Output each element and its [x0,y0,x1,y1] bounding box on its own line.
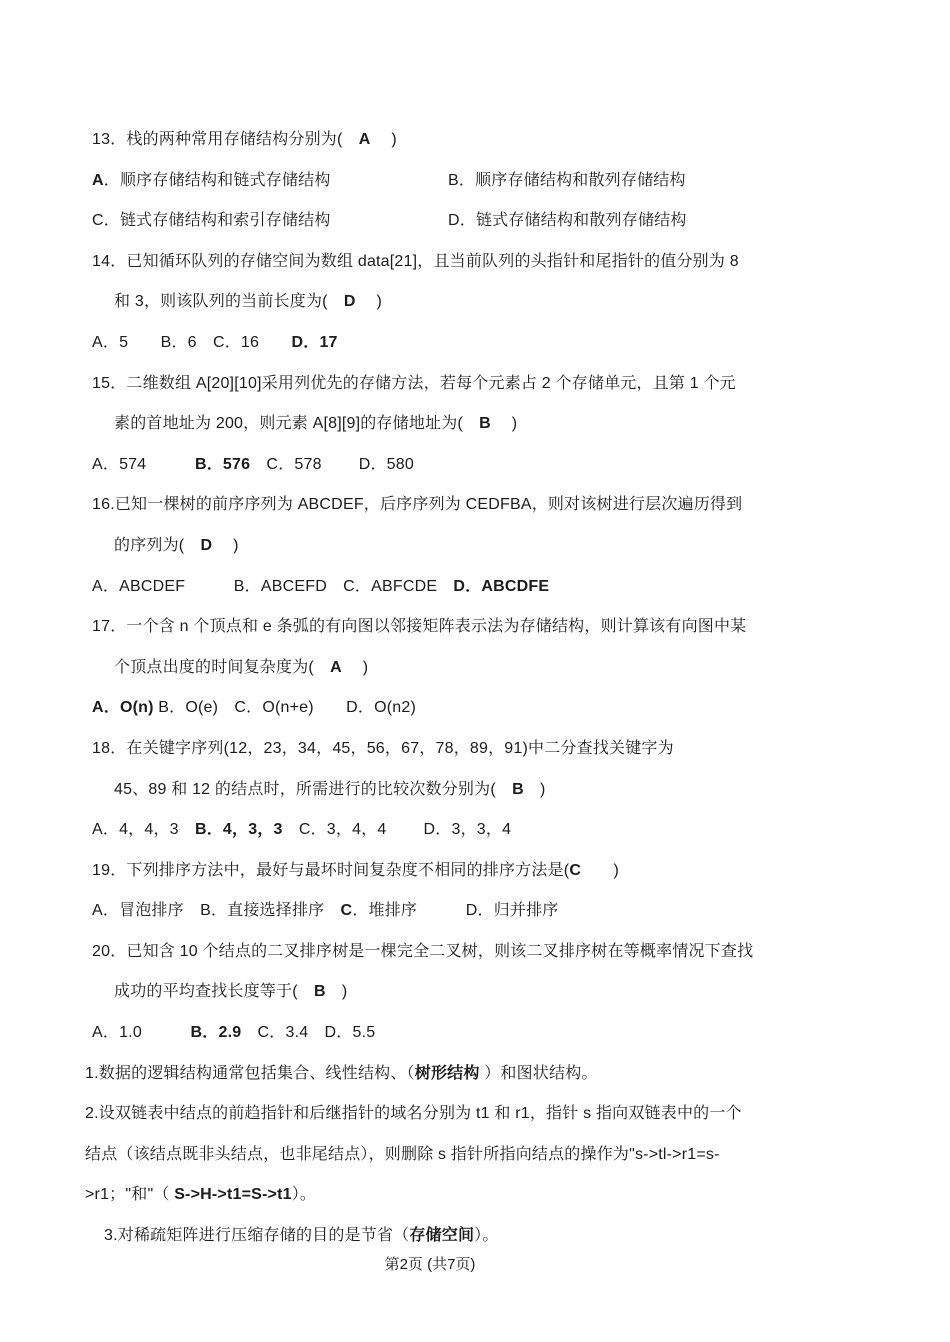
text-run: 15．二维数组 A[20][10]采用列优先的存储方法，若每个元素占 2 个存储… [92,375,736,392]
text-run: A．1.0 [92,1024,191,1041]
q16-stem-2: 的序列为( D ) [92,526,920,567]
fill-2-line2: 结点（该结点既非头结点，也非尾结点），则删除 s 指针所指向结点的操作为"s->… [85,1135,920,1176]
answer-text: C [341,902,353,919]
text-run: 成功的平均查找长度等于( [114,983,314,1000]
option-column-2: D．链式存储结构和散列存储结构 [448,201,687,242]
q14-stem-1: 14．已知循环队列的存储空间为数组 data[21]，且当前队列的头指针和尾指针… [92,242,920,283]
q13-options-cd: C．链式存储结构和索引存储结构D．链式存储结构和散列存储结构 [92,201,920,242]
q17-stem-2: 个顶点出度的时间复杂度为( A ) [92,648,920,689]
q15-stem-2: 素的首地址为 200，则元素 A[8][9]的存储地址为( B ) [92,404,920,445]
q17-stem-1: 17．一个含 n 个顶点和 e 条弧的有向图以邻接矩阵表示法为存储结构，则计算该… [92,607,920,648]
fill-3: 3.对稀疏矩阵进行压缩存储的目的是节省（存储空间）。 [104,1216,920,1257]
q13-options-ab: A．顺序存储结构和链式存储结构B．顺序存储结构和散列存储结构 [92,161,920,202]
text-run: D．链式存储结构和散列存储结构 [448,212,687,229]
text-run: B．O(e) C．O(n+e) D．O(n2) [154,699,416,716]
text-run: ) [356,293,382,310]
text-run: 的序列为( [114,537,201,554]
page-footer: 第2页 (共7页) [0,1252,860,1278]
q20-stem-1: 20．已知含 10 个结点的二叉排序树是一棵完全二叉树，则该二叉排序树在等概率情… [92,932,920,973]
answer-text: B [479,415,491,432]
answer-text: A．O(n) [92,699,154,716]
option-column-2: B．顺序存储结构和散列存储结构 [448,161,686,202]
answer-text: A [92,172,104,189]
text-run: ．堆排序 D．归并排序 [352,902,558,919]
text-run: A．574 [92,456,195,473]
text-run: 14．已知循环队列的存储空间为数组 data[21]，且当前队列的头指针和尾指针… [92,253,739,270]
q16-options: A．ABCDEF B．ABCEFD C．ABFCDE D．ABCDFE [92,567,920,608]
text-run: ）。 [292,1186,316,1203]
text-run: ) [342,659,368,676]
answer-text: A [359,131,371,148]
question-list: 13．栈的两种常用存储结构分别为( A )A．顺序存储结构和链式存储结构B．顺序… [92,120,920,1257]
answer-text: D．ABCDFE [453,578,549,595]
answer-text: A [330,659,342,676]
page-number: 第2页 (共7页) [385,1256,476,1273]
text-run: 1.数据的逻辑结构通常包括集合、线性结构、（ [85,1065,415,1082]
fill-2-line1: 2.设双链表中结点的前趋指针和后继指针的域名分别为 t1 和 r1，指针 s 指… [85,1094,920,1135]
q15-stem-1: 15．二维数组 A[20][10]采用列优先的存储方法，若每个元素占 2 个存储… [92,364,920,405]
text-run: A．ABCDEF [92,578,234,595]
text-run: ) [581,862,619,879]
text-run: ．顺序存储结构和链式存储结构 [104,172,331,189]
text-run: 13．栈的两种常用存储结构分别为( [92,131,359,148]
text-run: A．4，4，3 [92,821,195,838]
text-run: ) [491,415,517,432]
answer-text: B．4，3，3 [195,821,283,838]
text-run: 19．下列排序方法中，最好与最坏时间复杂度不相同的排序方法是( [92,862,569,879]
fill-1: 1.数据的逻辑结构通常包括集合、线性结构、（树形结构 ）和图状结构。 [85,1054,920,1095]
answer-text: B [314,983,326,1000]
text-run: B．顺序存储结构和散列存储结构 [448,172,686,189]
text-run: 2.设双链表中结点的前趋指针和后继指针的域名分别为 t1 和 r1，指针 s 指… [85,1105,742,1122]
text-run: A．5 B．6 C．16 [92,334,292,351]
text-run: 个顶点出度的时间复杂度为( [114,659,330,676]
q19-stem: 19．下列排序方法中，最好与最坏时间复杂度不相同的排序方法是(C ) [92,851,920,892]
text-run: A．冒泡排序 B．直接选择排序 [92,902,341,919]
q18-stem-2: 45、89 和 12 的结点时，所需进行的比较次数分别为( B ) [92,770,920,811]
q14-stem-2: 和 3，则该队列的当前长度为( D ) [92,282,920,323]
q20-stem-2: 成功的平均查找长度等于( B ) [92,972,920,1013]
text-run: 45、89 和 12 的结点时，所需进行的比较次数分别为( [114,781,512,798]
text-run: B．ABCEFD C．ABFCDE [234,578,454,595]
text-run: 17．一个含 n 个顶点和 e 条弧的有向图以邻接矩阵表示法为存储结构，则计算该… [92,618,746,635]
q13-stem: 13．栈的两种常用存储结构分别为( A ) [92,120,920,161]
answer-text: 树形结构 [415,1065,480,1082]
answer-text: B [512,781,524,798]
text-run: C．链式存储结构和索引存储结构 [92,212,331,229]
text-run: >r1；"和"（ [85,1186,174,1203]
answer-text: D [344,293,356,310]
text-run: ) [524,781,546,798]
exam-page: 13．栈的两种常用存储结构分别为( A )A．顺序存储结构和链式存储结构B．顺序… [0,0,950,1342]
text-run: 20．已知含 10 个结点的二叉排序树是一棵完全二叉树，则该二叉排序树在等概率情… [92,943,753,960]
q18-options: A．4，4，3 B．4，3，3 C．3，4，4 D．3，3，4 [92,810,920,851]
text-run: ）和图状结构。 [480,1065,598,1082]
text-run: ）。 [474,1227,498,1244]
text-run: C．3.4 D．5.5 [241,1024,375,1041]
text-run: 素的首地址为 200，则元素 A[8][9]的存储地址为( [114,415,479,432]
fill-2-line3: >r1；"和"（ S->H->t1=S->t1）。 [85,1175,920,1216]
q15-options: A．574 B．576 C．578 D．580 [92,445,920,486]
q14-options: A．5 B．6 C．16 D．17 [92,323,920,364]
q18-stem-1: 18．在关键字序列(12，23，34，45，56，67，78，89，91)中二分… [92,729,920,770]
text-run: C．578 D．580 [250,456,414,473]
q20-options: A．1.0 B．2.9 C．3.4 D．5.5 [92,1013,920,1054]
text-run: 3.对稀疏矩阵进行压缩存储的目的是节省（ [104,1227,409,1244]
text-run: 16.已知一棵树的前序序列为 ABCDEF，后序序列为 CEDFBA，则对该树进… [92,496,742,513]
answer-text: B．576 [195,456,250,473]
text-run: ) [371,131,397,148]
text-run: ) [326,983,348,1000]
text-run: ) [212,537,238,554]
q19-options: A．冒泡排序 B．直接选择排序 C．堆排序 D．归并排序 [92,891,920,932]
answer-text: D [201,537,213,554]
text-run: 和 3，则该队列的当前长度为( [114,293,344,310]
text-run: 18．在关键字序列(12，23，34，45，56，67，78，89，91)中二分… [92,740,674,757]
q16-stem-1: 16.已知一棵树的前序序列为 ABCDEF，后序序列为 CEDFBA，则对该树进… [92,485,920,526]
answer-text: B．2.9 [191,1024,242,1041]
answer-text: D．17 [292,334,338,351]
text-run: 结点（该结点既非头结点，也非尾结点），则删除 s 指针所指向结点的操作为"s->… [85,1146,720,1163]
answer-text: C [569,862,581,879]
answer-text: 存储空间 [409,1227,474,1244]
q17-options: A．O(n) B．O(e) C．O(n+e) D．O(n2) [92,688,920,729]
answer-text: S->H->t1=S->t1 [174,1186,292,1203]
text-run: C．3，4，4 D．3，3，4 [283,821,512,838]
